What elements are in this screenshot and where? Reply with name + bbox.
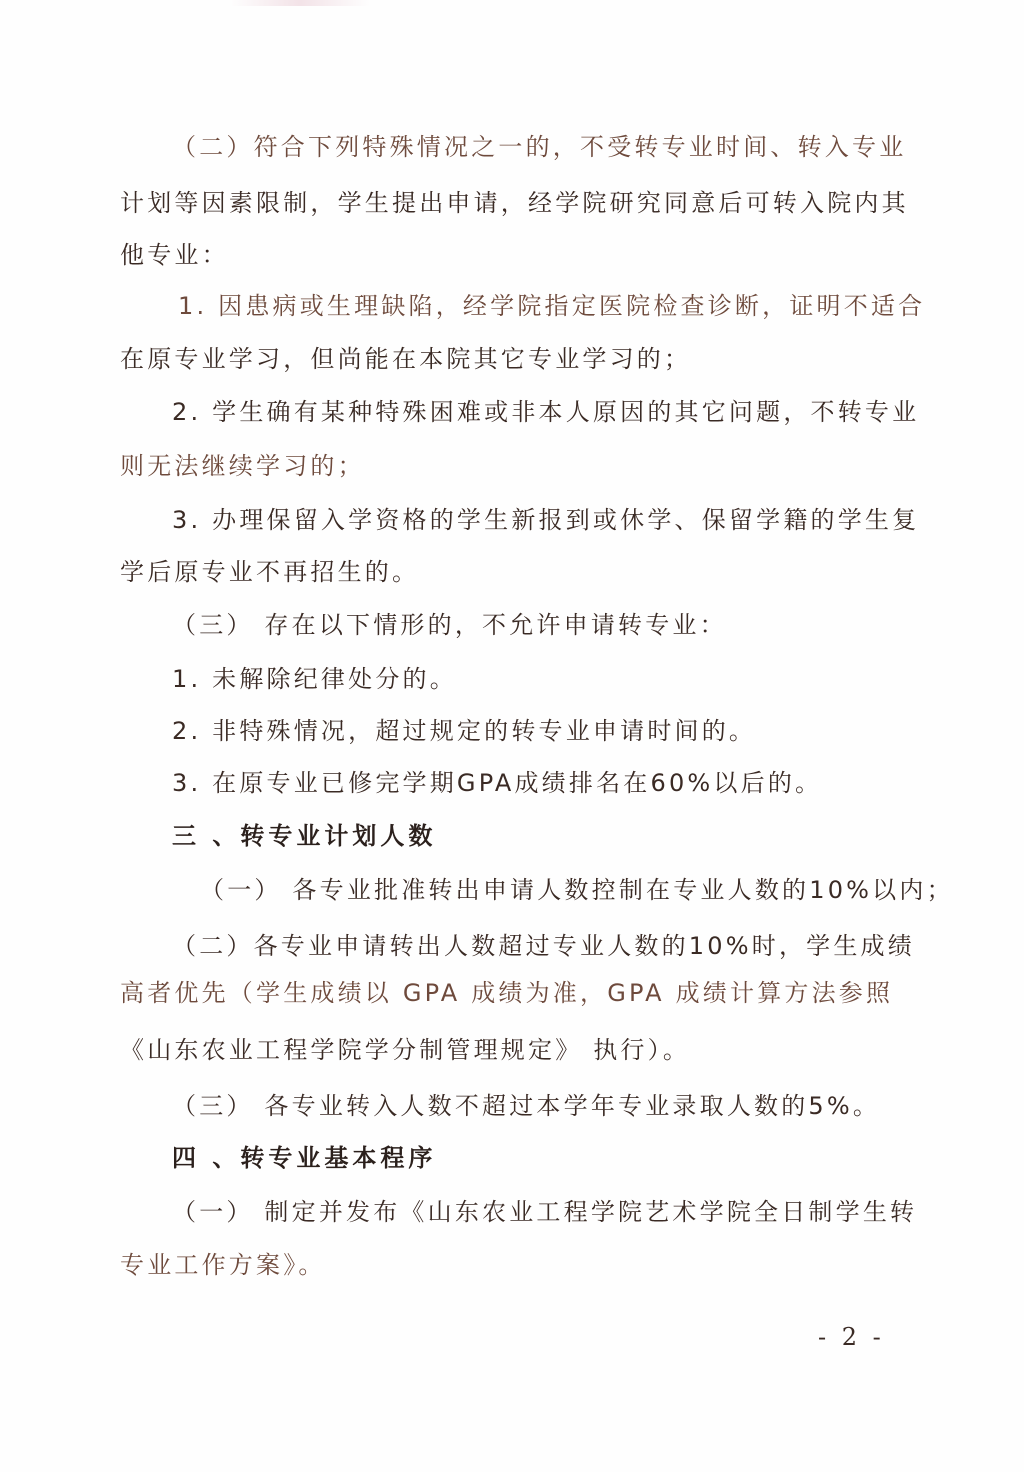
section-heading: 四 、转专业基本程序 bbox=[172, 1143, 436, 1173]
paragraph-line: 高者优先（学生成绩以 GPA 成绩为准，GPA 成绩计算方法参照 bbox=[120, 978, 893, 1008]
list-item-line: 2. 非特殊情况，超过规定的转专业申请时间的。 bbox=[172, 716, 756, 746]
list-item-line: 2. 学生确有某种特殊困难或非本人原因的其它问题，不转专业 bbox=[172, 397, 919, 427]
document-page: （二）符合下列特殊情况之一的，不受转专业时间、转入专业 计划等因素限制，学生提出… bbox=[0, 0, 1024, 1472]
paragraph-line: 专业工作方案》。 bbox=[120, 1250, 326, 1280]
paragraph-line: 在原专业学习，但尚能在本院其它专业学习的； bbox=[120, 344, 691, 374]
list-item-line: 3. 办理保留入学资格的学生新报到或休学、保留学籍的学生复 bbox=[172, 505, 919, 535]
subsection-line: （三） 存在以下情形的，不允许申请转专业： bbox=[172, 610, 727, 640]
subsection-line: （一） 各专业批准转出申请人数控制在专业人数的10%以内； bbox=[200, 875, 954, 905]
section-heading: 三 、转专业计划人数 bbox=[172, 821, 436, 851]
list-item-line: 1. 因患病或生理缺陷，经学院指定医院检查诊断，证明不适合 bbox=[178, 291, 925, 321]
list-item-line: 1. 未解除纪律处分的。 bbox=[172, 664, 457, 694]
paragraph-line: 计划等因素限制，学生提出申请，经学院研究同意后可转入院内其 bbox=[120, 188, 909, 218]
paragraph-line: 他专业： bbox=[120, 240, 229, 270]
paragraph-line: 《山东农业工程学院学分制管理规定》 执行）。 bbox=[120, 1035, 690, 1065]
page-number: - 2 - bbox=[818, 1323, 885, 1351]
subsection-line: （一） 制定并发布《山东农业工程学院艺术学院全日制学生转 bbox=[172, 1197, 917, 1227]
subsection-line: （二）各专业申请转出人数超过专业人数的10%时，学生成绩 bbox=[172, 931, 915, 961]
subsection-line: （三） 各专业转入人数不超过本学年专业录取人数的5%。 bbox=[172, 1091, 880, 1121]
paragraph-line: （二）符合下列特殊情况之一的，不受转专业时间、转入专业 bbox=[172, 132, 906, 162]
paragraph-line: 学后原专业不再招生的。 bbox=[120, 557, 419, 587]
paragraph-line: 则无法继续学习的； bbox=[120, 451, 365, 481]
list-item-line: 3. 在原专业已修完学期GPA成绩排名在60%以后的。 bbox=[172, 768, 822, 798]
scan-artifact bbox=[230, 0, 370, 6]
